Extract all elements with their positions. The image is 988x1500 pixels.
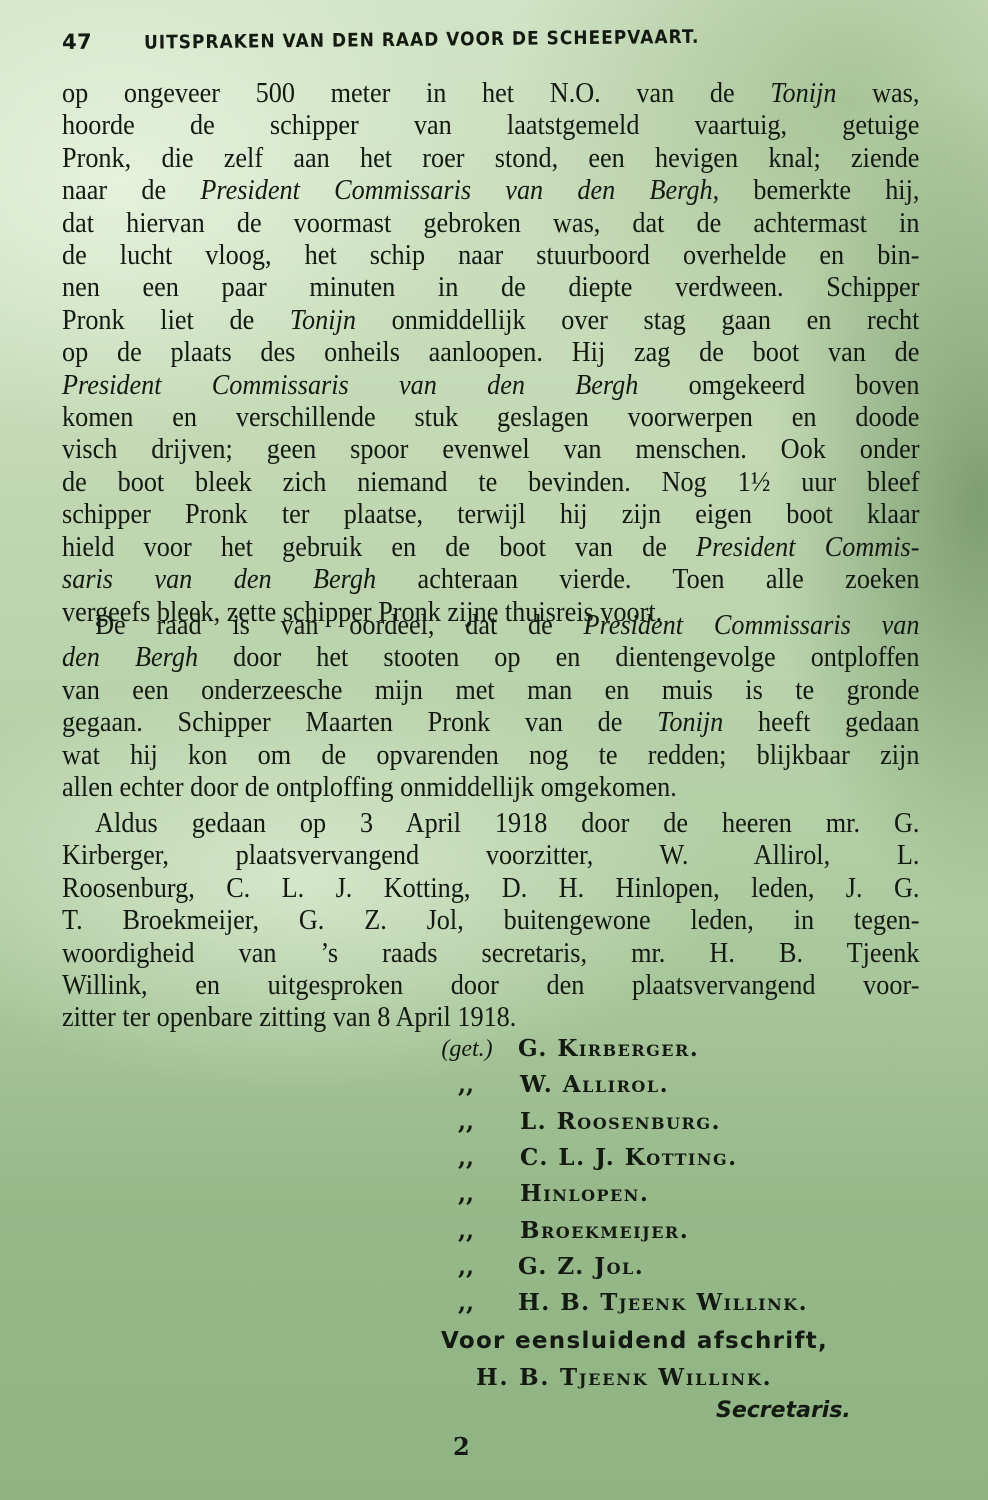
text-line: schipper Pronk ter plaatse, terwijl hij …: [62, 499, 919, 531]
text-line: Kirberger, plaatsvervangend voorzitter, …: [62, 840, 919, 872]
text-run: Pronk liet de: [62, 305, 290, 336]
text-run: onmiddellijk over stag gaan en recht: [356, 305, 919, 336]
text-line: nen een paar minuten in de diepte verdwe…: [62, 272, 919, 304]
text-run: Pronk, die zelf aan het roer stond, een …: [62, 143, 919, 174]
printer-signature-mark: 2: [453, 1432, 470, 1461]
text-line: gegaan. Schipper Maarten Pronk van de To…: [62, 707, 919, 739]
italic-ship-name: Tonijn: [657, 707, 723, 738]
italic-ship-name: Tonijn: [770, 78, 836, 109]
text-run: door het stooten op en dientengevolge on…: [198, 642, 919, 673]
text-run: allen echter door de ontploffing onmidde…: [62, 772, 677, 803]
text-line: de lucht vloog, het schip naar stuurboor…: [62, 240, 919, 272]
text-run: op de plaats des onheils aanloopen. Hij …: [62, 337, 919, 368]
signatory-name: G. Kirberger.: [512, 1035, 699, 1062]
text-line: van een onderzeesche mijn met man en mui…: [62, 675, 919, 707]
ditto-mark: ,,: [422, 1071, 510, 1098]
text-run: dat hiervan de voormast gebroken was, da…: [62, 208, 919, 239]
text-run: op ongeveer 500 meter in het N.O. van de: [62, 78, 770, 109]
text-run: achteraan vierde. Toen alle zoeken: [376, 564, 919, 595]
signatory-name: W. Allirol.: [510, 1071, 669, 1098]
text-run: Kirberger, plaatsvervangend voorzitter, …: [62, 840, 919, 871]
signed-marker: (get.): [422, 1036, 512, 1063]
secretary-title: Secretaris.: [716, 1398, 851, 1423]
italic-ship-name: President Commis-: [696, 532, 919, 563]
text-run: de boot bleek zich niemand te bevinden. …: [62, 467, 919, 498]
text-line: hoorde de schipper van laatstgemeld vaar…: [62, 110, 919, 142]
text-line: T. Broekmeijer, G. Z. Jol, buitengewone …: [62, 905, 919, 937]
ditto-mark: ,,: [422, 1144, 510, 1171]
text-run: van een onderzeesche mijn met man en mui…: [62, 675, 919, 706]
italic-ship-name: saris van den Bergh: [62, 564, 376, 595]
signatory-name: Hinlopen.: [510, 1180, 649, 1207]
text-run: komen en verschillende stuk geslagen voo…: [62, 402, 919, 433]
text-line: saris van den Bergh achteraan vierde. To…: [62, 564, 919, 596]
text-line: De raad is van oordeel, dat de President…: [62, 610, 919, 642]
ditto-mark: ,,: [422, 1108, 510, 1135]
running-header: 47 UITSPRAKEN VAN DEN RAAD VOOR DE SCHEE…: [62, 22, 862, 54]
text-line: dat hiervan de voormast gebroken was, da…: [62, 208, 919, 240]
text-line: Roosenburg, C. L. J. Kotting, D. H. Hinl…: [62, 873, 919, 905]
text-run: wat hij kon om de opvarenden nog te redd…: [62, 740, 919, 771]
paragraph-witness-account: op ongeveer 500 meter in het N.O. van de…: [62, 78, 919, 629]
text-line: Pronk, die zelf aan het roer stond, een …: [62, 143, 919, 175]
signatory-name: L. Roosenburg.: [510, 1108, 721, 1135]
document-page: 47 UITSPRAKEN VAN DEN RAAD VOOR DE SCHEE…: [0, 0, 988, 1500]
text-run: Roosenburg, C. L. J. Kotting, D. H. Hinl…: [62, 873, 919, 904]
signature-row: ,, Hinlopen.: [422, 1180, 649, 1216]
text-run: naar de: [62, 175, 200, 206]
text-run: , bemerkte hij,: [713, 175, 920, 206]
text-line: Pronk liet de Tonijn onmiddellijk over s…: [62, 305, 919, 337]
signature-row: ,, G. Z. Jol.: [422, 1253, 644, 1289]
text-line: visch drijven; geen spoor evenwel van me…: [62, 434, 919, 466]
text-line: op ongeveer 500 meter in het N.O. van de…: [62, 78, 919, 110]
paragraph-signing-record: Aldus gedaan op 3 April 1918 door de hee…: [62, 808, 919, 1035]
text-line: naar de President Commissaris van den Be…: [62, 175, 919, 207]
certification-label: Voor eensluidend afschrift,: [441, 1328, 828, 1354]
italic-ship-name: den Bergh: [62, 642, 198, 673]
text-line: komen en verschillende stuk geslagen voo…: [62, 402, 919, 434]
text-run: visch drijven; geen spoor evenwel van me…: [62, 434, 919, 465]
text-run: Willink, en uitgesproken door den plaats…: [62, 970, 919, 1001]
text-run: nen een paar minuten in de diepte verdwe…: [62, 272, 919, 303]
text-line: President Commissaris van den Bergh omge…: [62, 370, 919, 402]
signature-row: ,, H. B. Tjeenk Willink.: [422, 1289, 808, 1325]
italic-ship-name: President Commissaris van den Bergh: [62, 370, 638, 401]
italic-ship-name: Tonijn: [290, 305, 356, 336]
text-run: de lucht vloog, het schip naar stuurboor…: [62, 240, 919, 271]
text-line: Willink, en uitgesproken door den plaats…: [62, 970, 919, 1002]
text-run: omgekeerd boven: [638, 370, 919, 401]
signatory-name: G. Z. Jol.: [510, 1253, 644, 1280]
text-run: hield voor het gebruik en de boot van de: [62, 532, 696, 563]
signatory-name: Broekmeijer.: [510, 1217, 689, 1244]
text-line: zitter ter openbare zitting van 8 April …: [62, 1002, 919, 1034]
text-line: op de plaats des onheils aanloopen. Hij …: [62, 337, 919, 369]
text-line: den Bergh door het stooten op en dienten…: [62, 642, 919, 674]
text-run: gegaan. Schipper Maarten Pronk van de: [62, 707, 657, 738]
secretary-name: H. B. Tjeenk Willink.: [476, 1364, 772, 1391]
signatory-name: C. L. J. Kotting.: [510, 1144, 738, 1171]
ditto-mark: ,,: [422, 1217, 510, 1244]
text-line: wat hij kon om de opvarenden nog te redd…: [62, 740, 919, 772]
text-line: hield voor het gebruik en de boot van de…: [62, 532, 919, 564]
signature-row: ,, L. Roosenburg.: [422, 1108, 721, 1144]
text-run: De raad is van oordeel, dat de: [95, 610, 583, 641]
text-run: schipper Pronk ter plaatse, terwijl hij …: [62, 499, 919, 530]
ditto-mark: ,,: [422, 1289, 510, 1316]
text-run: was,: [836, 78, 919, 109]
signatory-name: H. B. Tjeenk Willink.: [510, 1289, 808, 1316]
running-title: UITSPRAKEN VAN DEN RAAD VOOR DE SCHEEPVA…: [144, 26, 700, 54]
text-run: heeft gedaan: [723, 707, 919, 738]
signature-row: ,, W. Allirol.: [422, 1071, 669, 1107]
signature-row: ,, C. L. J. Kotting.: [422, 1144, 738, 1180]
text-line: allen echter door de ontploffing onmidde…: [62, 772, 919, 804]
page-number: 47: [62, 29, 144, 54]
signature-row: (get.) G. Kirberger.: [422, 1035, 699, 1071]
text-run: woordigheid van ’s raads secretaris, mr.…: [62, 938, 919, 969]
text-run: hoorde de schipper van laatstgemeld vaar…: [62, 110, 919, 141]
paragraph-council-judgment: De raad is van oordeel, dat de President…: [62, 610, 919, 804]
signature-row: ,, Broekmeijer.: [422, 1217, 689, 1253]
italic-ship-name: President Commissaris van den Bergh: [200, 175, 712, 206]
text-run: zitter ter openbare zitting van 8 April …: [62, 1002, 516, 1033]
ditto-mark: ,,: [422, 1253, 510, 1280]
ditto-mark: ,,: [422, 1180, 510, 1207]
text-run: T. Broekmeijer, G. Z. Jol, buitengewone …: [62, 905, 919, 936]
text-line: woordigheid van ’s raads secretaris, mr.…: [62, 938, 919, 970]
text-line: de boot bleek zich niemand te bevinden. …: [62, 467, 919, 499]
text-run: Aldus gedaan op 3 April 1918 door de hee…: [95, 808, 919, 839]
italic-ship-name: President Commissaris van: [584, 610, 920, 641]
text-line: Aldus gedaan op 3 April 1918 door de hee…: [62, 808, 919, 840]
